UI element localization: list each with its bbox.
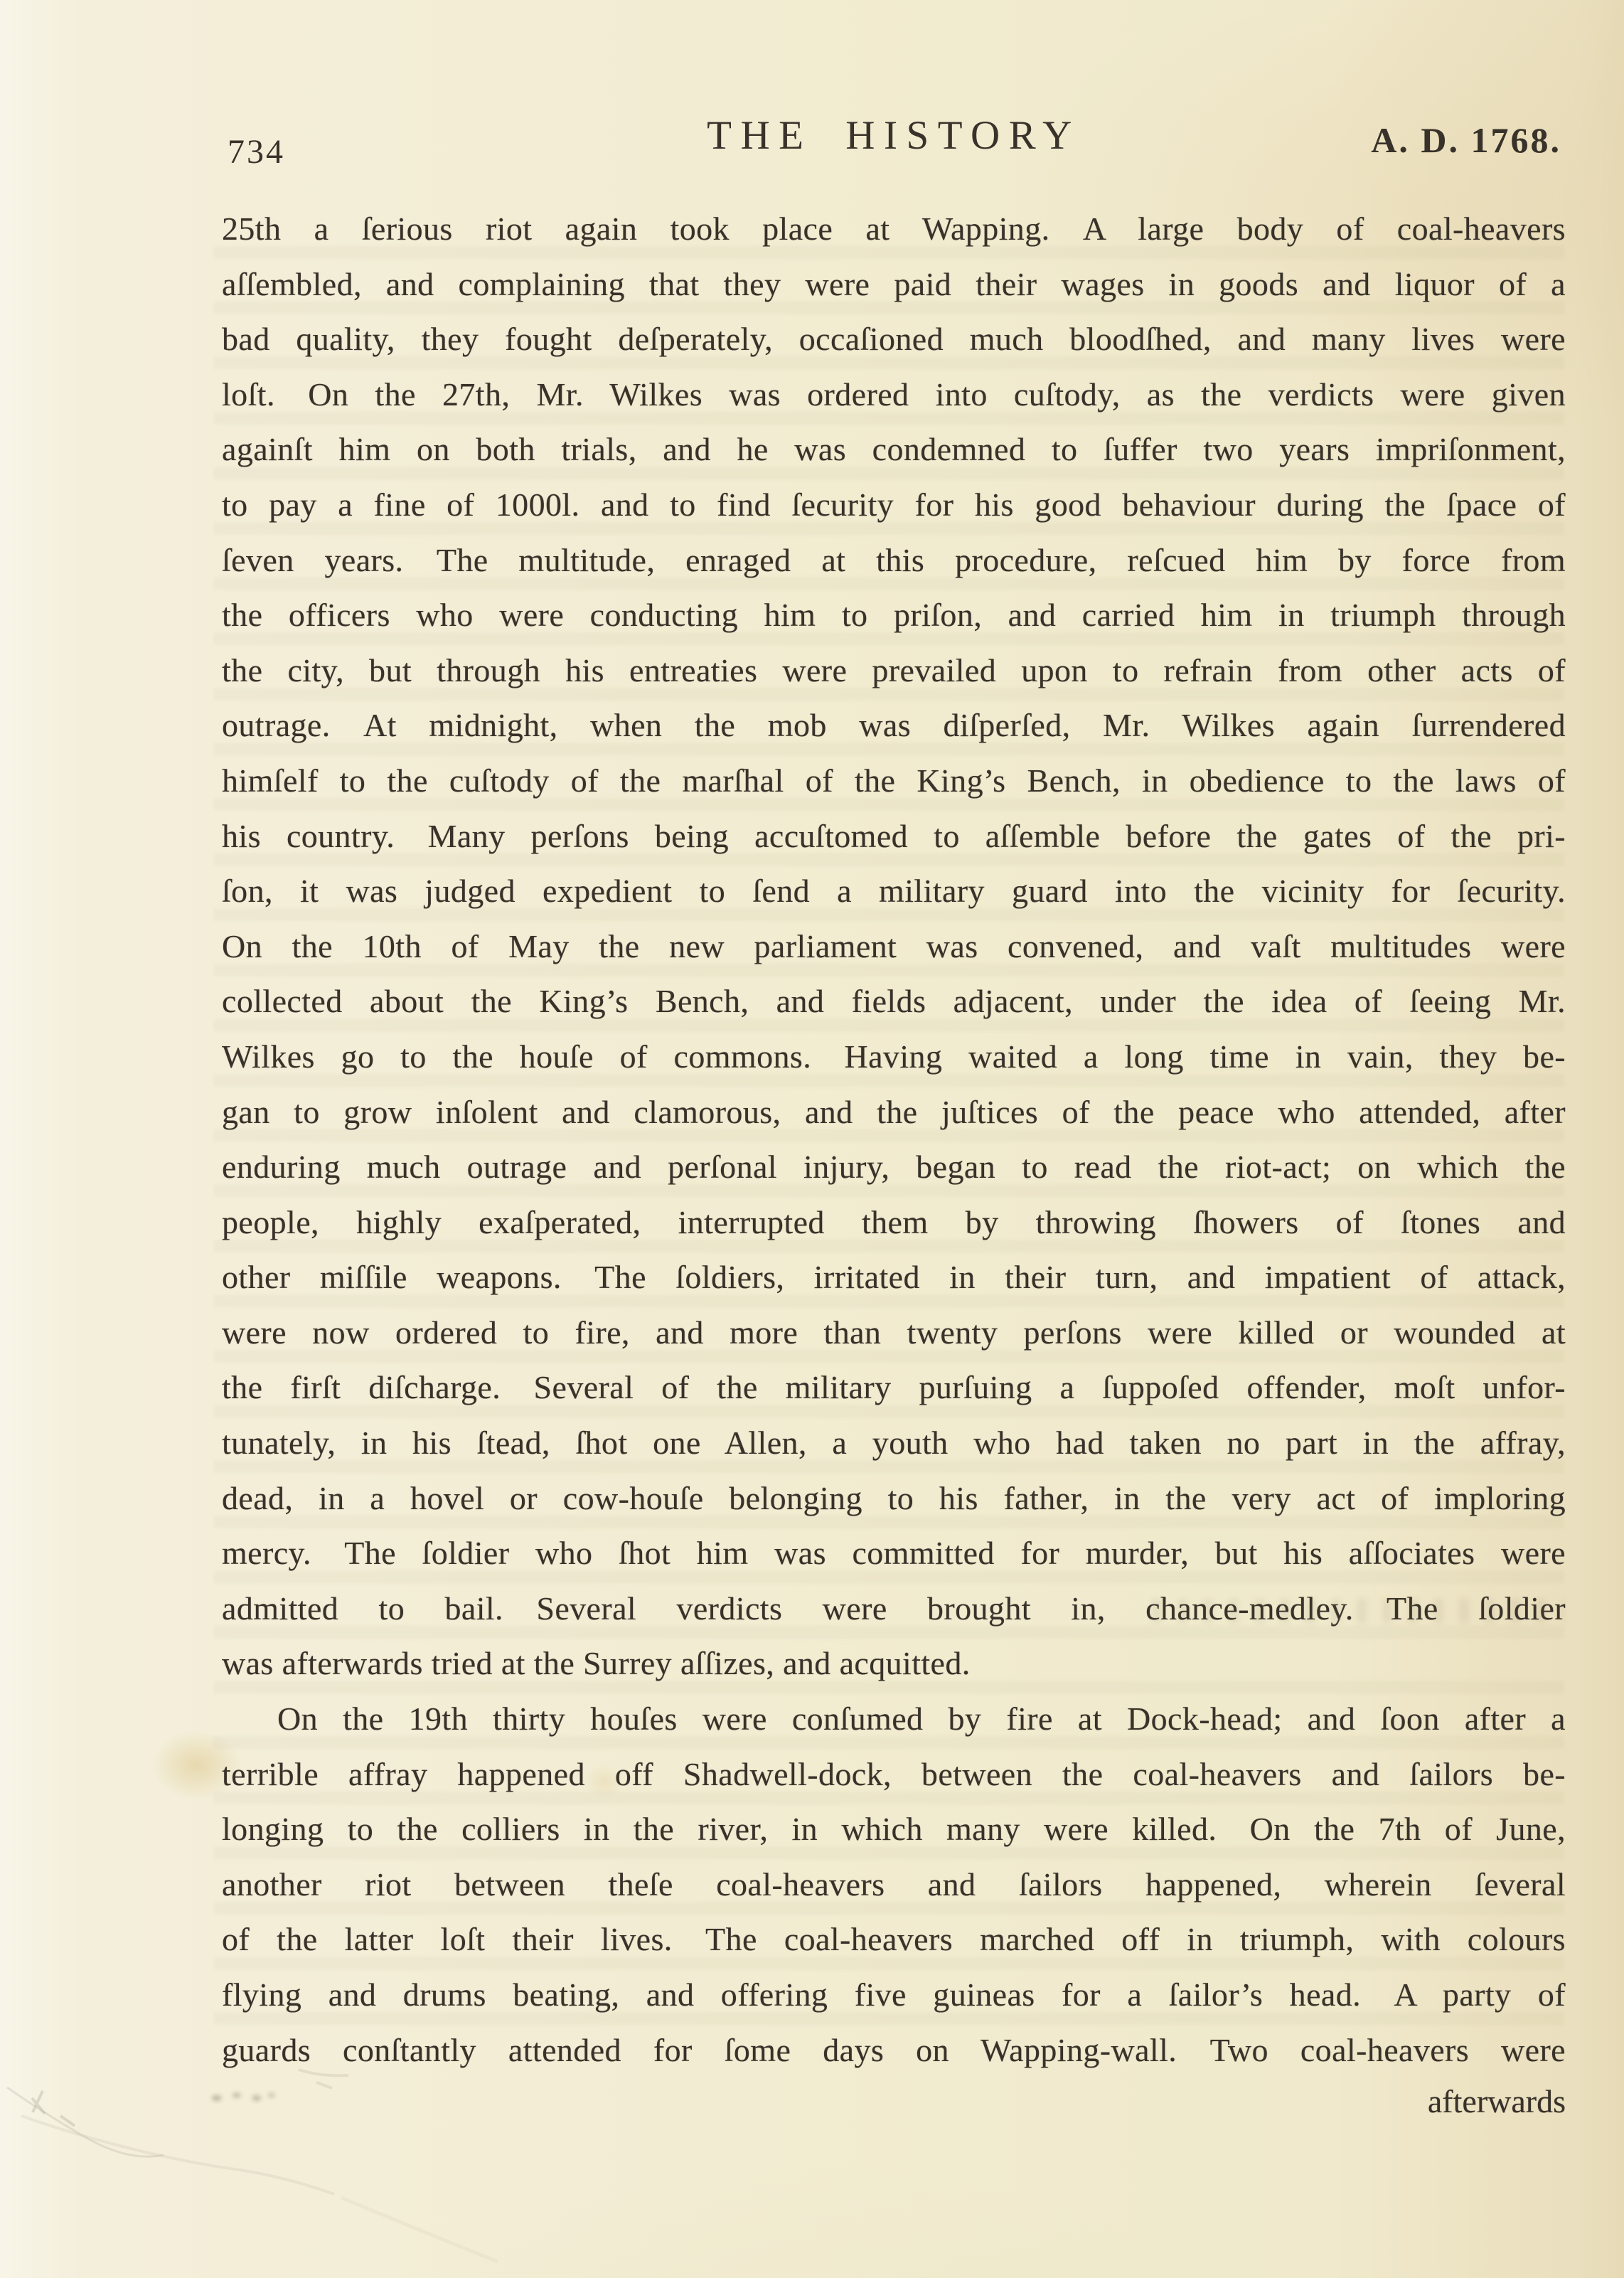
text-line: was afterwards tried at the Surrey aſſiz… [222, 1636, 1566, 1691]
text-line: On the 10th of May the new parliament wa… [222, 919, 1566, 974]
text-line: gan to grow inſolent and clamorous, and … [222, 1085, 1566, 1140]
text-line: himſelf to the cuſtody of the marſhal of… [222, 753, 1566, 809]
pencil-smudge [0, 2048, 498, 2278]
text-line: collected about the King’s Bench, and fi… [222, 974, 1566, 1029]
text-line: tunately, in his ſtead, ſhot one Allen, … [222, 1415, 1566, 1471]
text-line: 25th a ſerious riot again took place at … [222, 201, 1566, 257]
text-line: another riot between theſe coal-heavers … [222, 1857, 1566, 1912]
text-line: ſeven years. The multitude, enraged at t… [222, 533, 1566, 588]
text-line: dead, in a hovel or cow-houſe belonging … [222, 1471, 1566, 1526]
text-line: to pay a fine of 1000l. and to find ſecu… [222, 477, 1566, 533]
date-heading: A. D. 1768. [1371, 119, 1561, 161]
text-line: longing to the colliers in the river, in… [222, 1801, 1566, 1857]
text-line: aſſembled, and complaining that they wer… [222, 257, 1566, 312]
page-number: 734 [228, 132, 285, 171]
text-line: bad quality, they fought deſperately, oc… [222, 312, 1566, 367]
text-line: On the 19th thirty houſes were conſumed … [222, 1691, 1566, 1747]
text-line: other miſſile weapons. The ſoldiers, irr… [222, 1250, 1566, 1305]
text-line: the officers who were conducting him to … [222, 587, 1566, 643]
text-line: the firſt diſcharge. Several of the mili… [222, 1360, 1566, 1415]
text-line: his country. Many perſons being accuſtom… [222, 809, 1566, 864]
text-line: terrible affray happened off Shadwell-do… [222, 1747, 1566, 1802]
text-line: outrage. At midnight, when the mob was d… [222, 698, 1566, 753]
verso-show-through-mark [1152, 1599, 1564, 1623]
text-line: Wilkes go to the houſe of commons. Havin… [222, 1029, 1566, 1085]
text-line: were now ordered to fire, and more than … [222, 1305, 1566, 1361]
running-title: THE HISTORY [222, 112, 1566, 159]
text-line: of the latter loſt their lives. The coal… [222, 1912, 1566, 1967]
text-line: enduring much outrage and perſonal injur… [222, 1139, 1566, 1195]
text-line: mercy. The ſoldier who ſhot him was comm… [222, 1526, 1566, 1581]
text-line: againſt him on both trials, and he was c… [222, 422, 1566, 477]
text-line: flying and drums beating, and offering f… [222, 1967, 1566, 2023]
body-text: 25th a ſerious riot again took place at … [222, 201, 1566, 2077]
text-line: loſt. On the 27th, Mr. Wilkes was ordere… [222, 367, 1566, 422]
text-line: ſon, it was judged expedient to ſend a m… [222, 863, 1566, 919]
text-line: the city, but through his entreaties wer… [222, 643, 1566, 698]
book-page-scan: 734 THE HISTORY A. D. 1768. 25th a ſerio… [0, 0, 1624, 2278]
text-line: people, highly exaſperated, interrupted … [222, 1195, 1566, 1250]
